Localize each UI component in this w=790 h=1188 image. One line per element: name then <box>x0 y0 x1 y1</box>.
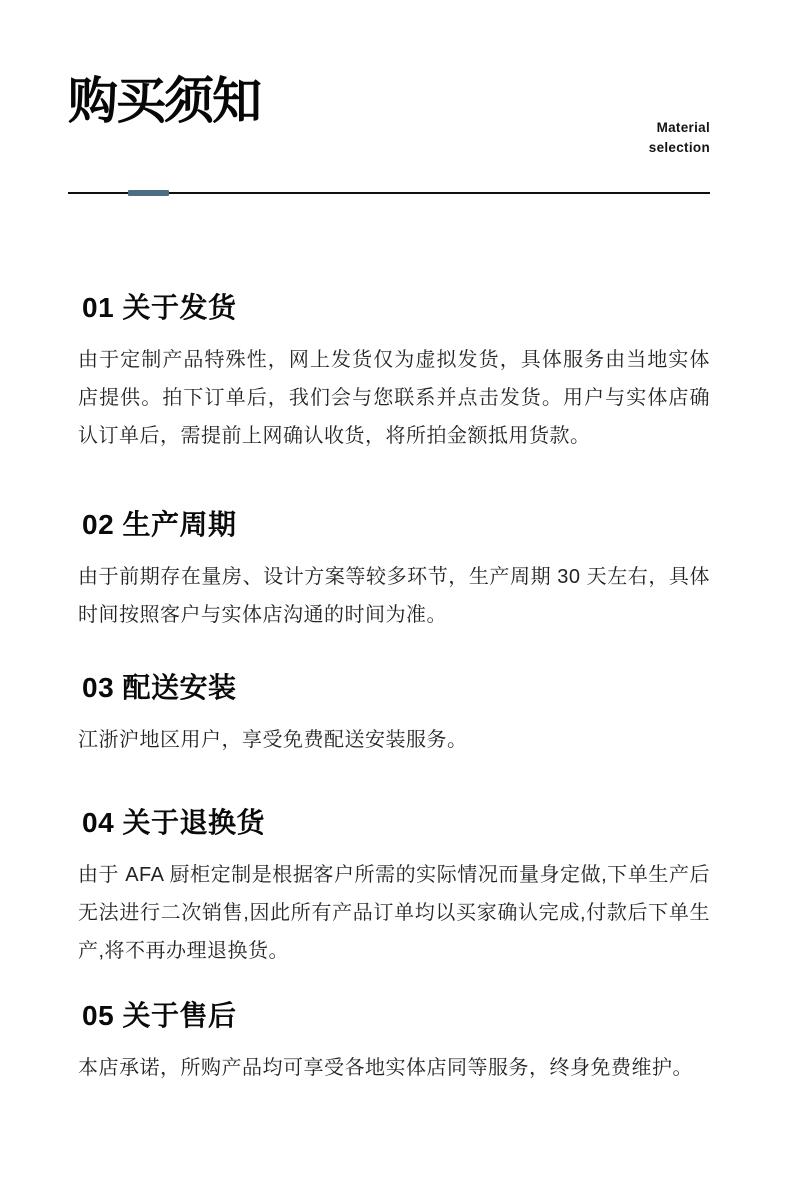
section-heading: 04 关于退换货 <box>82 806 710 840</box>
section-body: 本店承诺，所购产品均可享受各地实体店同等服务，终身免费维护。 <box>78 1049 710 1087</box>
section-number: 01 <box>82 292 114 323</box>
section-heading: 05 关于售后 <box>82 999 710 1033</box>
section-body: 由于 AFA 厨柜定制是根据客户所需的实际情况而量身定做,下单生产后无法进行二次… <box>78 856 710 970</box>
section-title: 配送安装 <box>122 672 236 703</box>
section-number: 05 <box>82 1000 114 1031</box>
divider-accent-bar <box>128 190 169 196</box>
section-body: 由于前期存在量房、设计方案等较多环节，生产周期 30 天左右，具体时间按照客户与… <box>78 558 710 634</box>
section-heading: 02 生产周期 <box>82 508 710 542</box>
section-title: 生产周期 <box>122 509 236 540</box>
section-delivery-installation: 03 配送安装 江浙沪地区用户，享受免费配送安装服务。 <box>78 671 710 759</box>
header-subtitle-english: Material selection <box>649 118 710 158</box>
page-title: 购买须知 <box>68 74 710 129</box>
section-title: 关于退换货 <box>122 807 265 838</box>
section-shipping: 01 关于发货 由于定制产品特殊性，网上发货仅为虚拟发货，具体服务由当地实体店提… <box>78 291 710 455</box>
purchase-notice-page: 购买须知 Material selection 01 关于发货 由于定制产品特殊… <box>0 0 790 1188</box>
section-after-sales: 05 关于售后 本店承诺，所购产品均可享受各地实体店同等服务，终身免费维护。 <box>78 999 710 1087</box>
section-number: 03 <box>82 672 114 703</box>
section-heading: 01 关于发货 <box>82 291 710 325</box>
section-number: 02 <box>82 509 114 540</box>
divider-line <box>68 192 710 194</box>
section-title: 关于售后 <box>122 1000 236 1031</box>
section-title: 关于发货 <box>122 292 236 323</box>
section-heading: 03 配送安装 <box>82 671 710 705</box>
section-returns: 04 关于退换货 由于 AFA 厨柜定制是根据客户所需的实际情况而量身定做,下单… <box>78 806 710 970</box>
section-production-cycle: 02 生产周期 由于前期存在量房、设计方案等较多环节，生产周期 30 天左右，具… <box>78 508 710 634</box>
section-body: 由于定制产品特殊性，网上发货仅为虚拟发货，具体服务由当地实体店提供。拍下订单后，… <box>78 341 710 455</box>
header: 购买须知 Material selection <box>78 74 710 194</box>
section-number: 04 <box>82 807 114 838</box>
section-body: 江浙沪地区用户，享受免费配送安装服务。 <box>78 721 710 759</box>
